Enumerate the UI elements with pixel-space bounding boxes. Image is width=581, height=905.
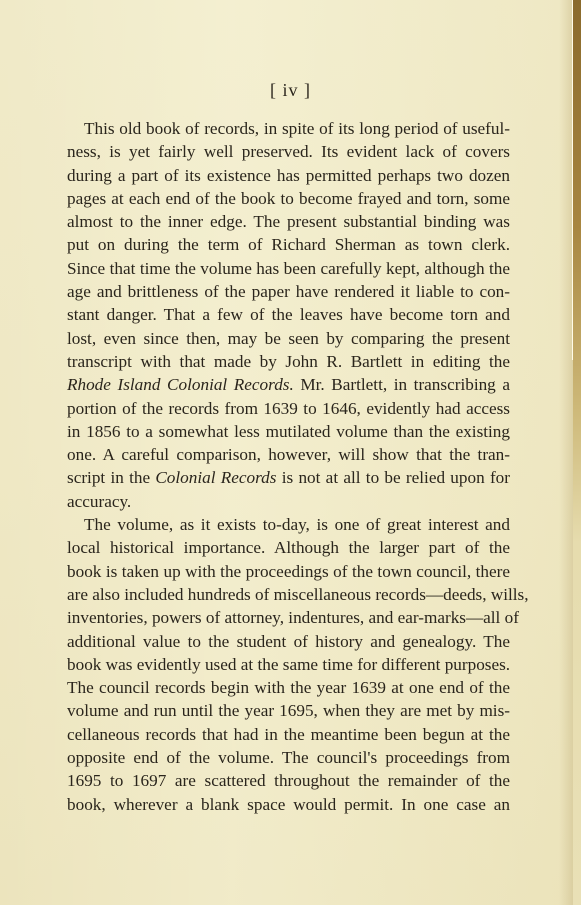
text-line: opposite end of the volume. The council'…: [49, 746, 510, 769]
book-binding-edge: [573, 0, 581, 905]
text-line: age and brittleness of the paper have re…: [49, 280, 510, 303]
text-line: during a part of its existence has permi…: [49, 164, 510, 187]
text-line: script in the Colonial Records is not at…: [49, 466, 510, 489]
text-segment: Mr. Bartlett, in transcribing a: [294, 375, 510, 394]
text-segment: script in the: [67, 468, 155, 487]
italic-title: Colonial Records: [155, 468, 276, 487]
text-line: local historical importance. Although th…: [49, 536, 510, 559]
page-edge-shadow: [559, 0, 573, 905]
text-line: pages at each end of the book to become …: [49, 187, 510, 210]
text-line: 1695 to 1697 are scattered throughout th…: [49, 769, 510, 792]
text-line: lost, even since then, may be seen by co…: [49, 327, 510, 350]
text-line: stant danger. That a few of the leaves h…: [49, 303, 510, 326]
book-page: [ iv ] This old book of records, in spit…: [0, 0, 581, 905]
text-line: cellaneous records that had in the meant…: [49, 723, 510, 746]
text-line: portion of the records from 1639 to 1646…: [49, 397, 510, 420]
text-line: one. A careful comparison, however, will…: [49, 443, 510, 466]
text-line: Since that time the volume has been care…: [49, 257, 510, 280]
text-line: additional value to the student of histo…: [49, 630, 510, 653]
text-line: This old book of records, in spite of it…: [49, 117, 510, 140]
text-line: volume and run until the year 1695, when…: [49, 699, 510, 722]
text-line: The council records begin with the year …: [49, 676, 510, 699]
text-line: ness, is yet fairly well preserved. Its …: [49, 140, 510, 163]
text-line: inventories, powers of attorney, indentu…: [49, 606, 510, 629]
text-line: put on during the term of Richard Sherma…: [49, 233, 510, 256]
text-line: almost to the inner edge. The present su…: [49, 210, 510, 233]
text-line: Rhode Island Colonial Records. Mr. Bartl…: [49, 373, 510, 396]
paragraph-1: This old book of records, in spite of it…: [49, 117, 510, 513]
text-line: book was evidently used at the same time…: [49, 653, 510, 676]
text-line: The volume, as it exists to-day, is one …: [49, 513, 510, 536]
page-number: [ iv ]: [0, 80, 581, 101]
text-line: transcript with that made by John R. Bar…: [49, 350, 510, 373]
text-line: are also included hundreds of miscellane…: [49, 583, 510, 606]
text-line: accuracy.: [49, 490, 510, 513]
text-line: in 1856 to a somewhat less mutilated vol…: [49, 420, 510, 443]
text-line: book is taken up with the proceedings of…: [49, 560, 510, 583]
text-segment: is not at all to be relied upon for: [276, 468, 510, 487]
text-line: book, wherever a blank space would permi…: [49, 793, 510, 816]
paragraph-2: The volume, as it exists to-day, is one …: [49, 513, 510, 816]
body-text: This old book of records, in spite of it…: [49, 117, 510, 816]
italic-title: Rhode Island Colonial Records.: [67, 375, 294, 394]
